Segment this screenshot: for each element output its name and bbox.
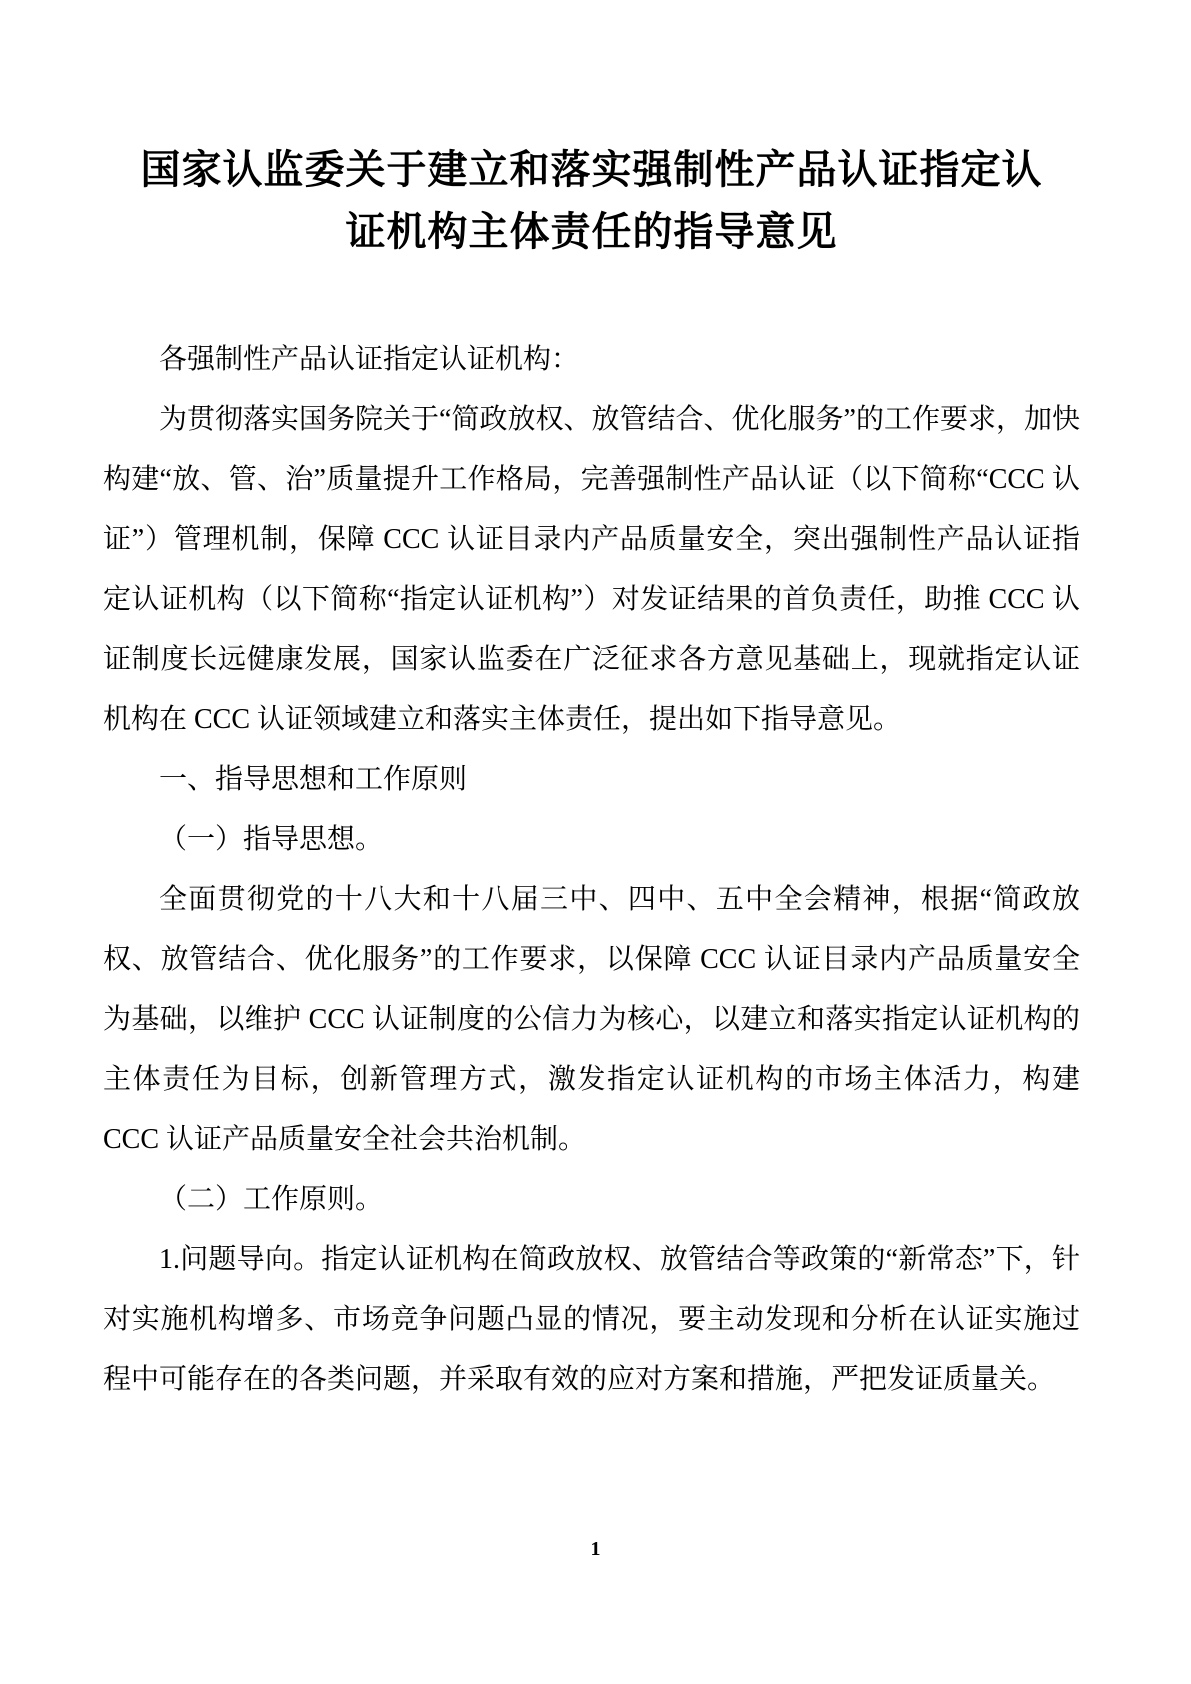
document-title: 国家认监委关于建立和落实强制性产品认证指定认 证机构主体责任的指导意见 — [103, 139, 1080, 263]
paragraph-guiding-ideology: 全面贯彻党的十八大和十八届三中、四中、五中全会精神，根据“简政放权、放管结合、优… — [103, 870, 1080, 1170]
paragraph-heading-1-2: （二）工作原则。 — [103, 1170, 1080, 1230]
paragraph-heading-section-1: 一、指导思想和工作原则 — [103, 750, 1080, 810]
document-title-line-2: 证机构主体责任的指导意见 — [346, 209, 838, 254]
paragraph-work-principle-1: 1.问题导向。指定认证机构在简政放权、放管结合等政策的“新常态”下，针对实施机构… — [103, 1230, 1080, 1410]
document-title-line-1: 国家认监委关于建立和落实强制性产品认证指定认 — [141, 147, 1043, 192]
paragraph-heading-1-1: （一）指导思想。 — [103, 810, 1080, 870]
document-page: 国家认监委关于建立和落实强制性产品认证指定认 证机构主体责任的指导意见 各强制性… — [0, 0, 1191, 1684]
document-body: 各强制性产品认证指定认证机构： 为贯彻落实国务院关于“简政放权、放管结合、优化服… — [103, 330, 1080, 1410]
page-number: 1 — [0, 1537, 1191, 1561]
paragraph-intro: 为贯彻落实国务院关于“简政放权、放管结合、优化服务”的工作要求，加快构建“放、管… — [103, 390, 1080, 750]
paragraph-salutation: 各强制性产品认证指定认证机构： — [103, 330, 1080, 390]
